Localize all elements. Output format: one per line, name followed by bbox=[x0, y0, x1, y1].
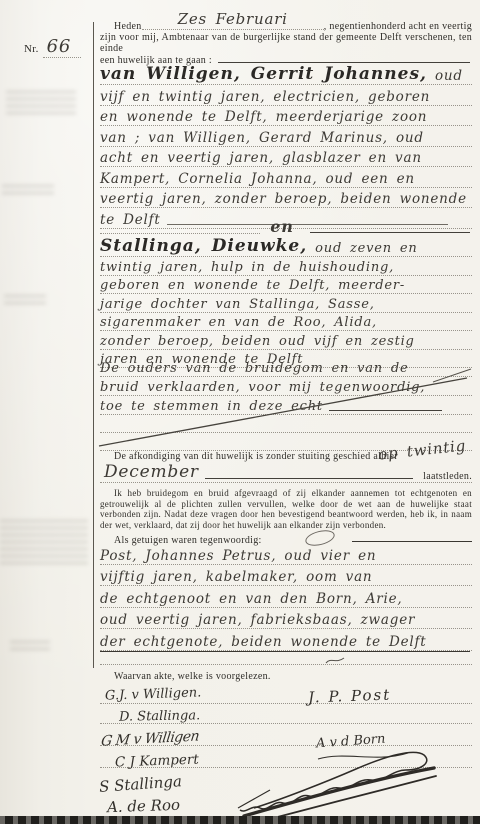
bride-paragraph: Stallinga, Dieuwke, oud zeven en twintig… bbox=[100, 236, 472, 368]
marriage-certificate-page: { "margin": { "label": "Nr.", "value": "… bbox=[0, 0, 480, 824]
signatures-left-column: G.J. v Willigen.D. Stallinga.G M v Willi… bbox=[103, 687, 201, 819]
printed-heden: Heden bbox=[114, 21, 142, 32]
hw-line: vijftig jaren, kabelmaker, oom van bbox=[100, 565, 472, 587]
hw-line: Post, Johannes Petrus, oud vier en bbox=[100, 543, 472, 565]
blank-dotted-line bbox=[100, 664, 472, 665]
hw-line: zonder beroep, beiden oud vijf en zestig bbox=[100, 331, 472, 350]
ink-bleed-smudge bbox=[0, 518, 88, 564]
ink-bleed-smudge bbox=[10, 640, 50, 650]
announcement-line-2: December laatstleden. bbox=[100, 462, 472, 483]
groom-paragraph: van Willigen, Gerrit Johannes, oud vijf … bbox=[100, 62, 472, 229]
ink-bleed-smudge bbox=[2, 180, 54, 194]
signature: D. Stallinga. bbox=[103, 709, 201, 727]
act-number: Nr. 66 bbox=[24, 36, 81, 57]
handwritten-date: Zes Februari bbox=[142, 10, 324, 30]
header-line-2: zijn voor mij, Ambtenaar van de burgerli… bbox=[100, 32, 472, 49]
signature-witness-post: J. P. Post bbox=[308, 686, 392, 707]
divider-word: en bbox=[270, 217, 293, 236]
section-end-rule bbox=[100, 651, 470, 652]
hw-line: twintig jaren, hulp in de huishouding, bbox=[100, 257, 472, 276]
bride-lines: twintig jaren, hulp in de huishouding,ge… bbox=[100, 257, 472, 368]
header-line-1: Heden Zes Februari , negentienhonderd ac… bbox=[100, 15, 472, 32]
blank-rule bbox=[205, 478, 413, 479]
vows-paragraph: Ik heb bruidegom en bruid afgevraagd of … bbox=[100, 488, 472, 530]
hw-line: en wonende te Delft, meerderjarige zoon bbox=[100, 106, 472, 127]
divider-rule bbox=[310, 232, 470, 233]
en-divider: en bbox=[100, 219, 472, 236]
registrar-signature-flourish bbox=[236, 742, 441, 818]
announcement-month-handwritten: December bbox=[104, 462, 199, 482]
hw-line: geboren en wonende te Delft, meerder- bbox=[100, 276, 472, 295]
hw-line: de echtgenoot en van den Born, Arie, bbox=[100, 586, 472, 608]
diagonal-crossout-stroke bbox=[95, 366, 475, 450]
margin-vertical-rule bbox=[93, 22, 94, 668]
announcement-laatstleden: laatstleden. bbox=[423, 471, 472, 482]
scan-edge-band bbox=[0, 816, 480, 824]
hw-line: jarige dochter van Stallinga, Sasse, bbox=[100, 294, 472, 313]
signature: S Stallinga bbox=[103, 775, 201, 793]
witness-lines: Post, Johannes Petrus, oud vier envijfti… bbox=[100, 543, 472, 651]
signature: G.J. v Willigen. bbox=[103, 687, 201, 705]
act-number-label: Nr. bbox=[24, 43, 39, 55]
hw-line: vijf en twintig jaren, electricien, gebo… bbox=[100, 85, 472, 106]
hw-line: Kampert, Cornelia Johanna, oud een en bbox=[100, 167, 472, 188]
signature: A. de Roo bbox=[103, 797, 201, 815]
witnesses-paragraph: Post, Johannes Petrus, oud vier envijfti… bbox=[100, 543, 472, 651]
hw-line: oud veertig jaren, fabrieksbaas, zwager bbox=[100, 608, 472, 630]
hw-line: veertig jaren, zonder beroep, beiden won… bbox=[100, 188, 472, 209]
hw-line: acht en veertig jaren, glasblazer en van bbox=[100, 147, 472, 168]
signature: G M v Willigen bbox=[103, 731, 201, 749]
blank-rule bbox=[352, 541, 472, 542]
divider-dotted-line bbox=[100, 233, 260, 234]
bride-name-line: Stallinga, Dieuwke, oud zeven en bbox=[100, 236, 472, 257]
hw-line: sigarenmaker en van de Roo, Alida, bbox=[100, 313, 472, 332]
printed-year: , negentienhonderd acht en veertig bbox=[324, 21, 472, 32]
signature: C J Kampert bbox=[103, 753, 201, 771]
ink-bleed-smudge bbox=[6, 88, 76, 114]
groom-lines: vijf en twintig jaren, electricien, gebo… bbox=[100, 85, 472, 208]
act-number-value: 66 bbox=[43, 36, 82, 58]
hw-line: van ; van Willigen, Gerard Marinus, oud bbox=[100, 126, 472, 147]
announcement: De afkondiging van dit huwelijk is zonde… bbox=[100, 446, 472, 483]
ink-bleed-smudge bbox=[4, 292, 46, 304]
announcement-line-1: De afkondiging van dit huwelijk is zonde… bbox=[100, 446, 472, 462]
announcement-printed: De afkondiging van dit huwelijk is zonde… bbox=[114, 451, 398, 462]
hw-line: der echtgenote, beiden wonende te Delft bbox=[100, 629, 472, 651]
pen-tick-mark bbox=[324, 655, 346, 665]
form-header: Heden Zes Februari , negentienhonderd ac… bbox=[100, 15, 472, 66]
groom-name-line: van Willigen, Gerrit Johannes, oud bbox=[100, 62, 472, 85]
closing-statement: Waarvan akte, welke is voorgelezen. bbox=[114, 671, 271, 682]
